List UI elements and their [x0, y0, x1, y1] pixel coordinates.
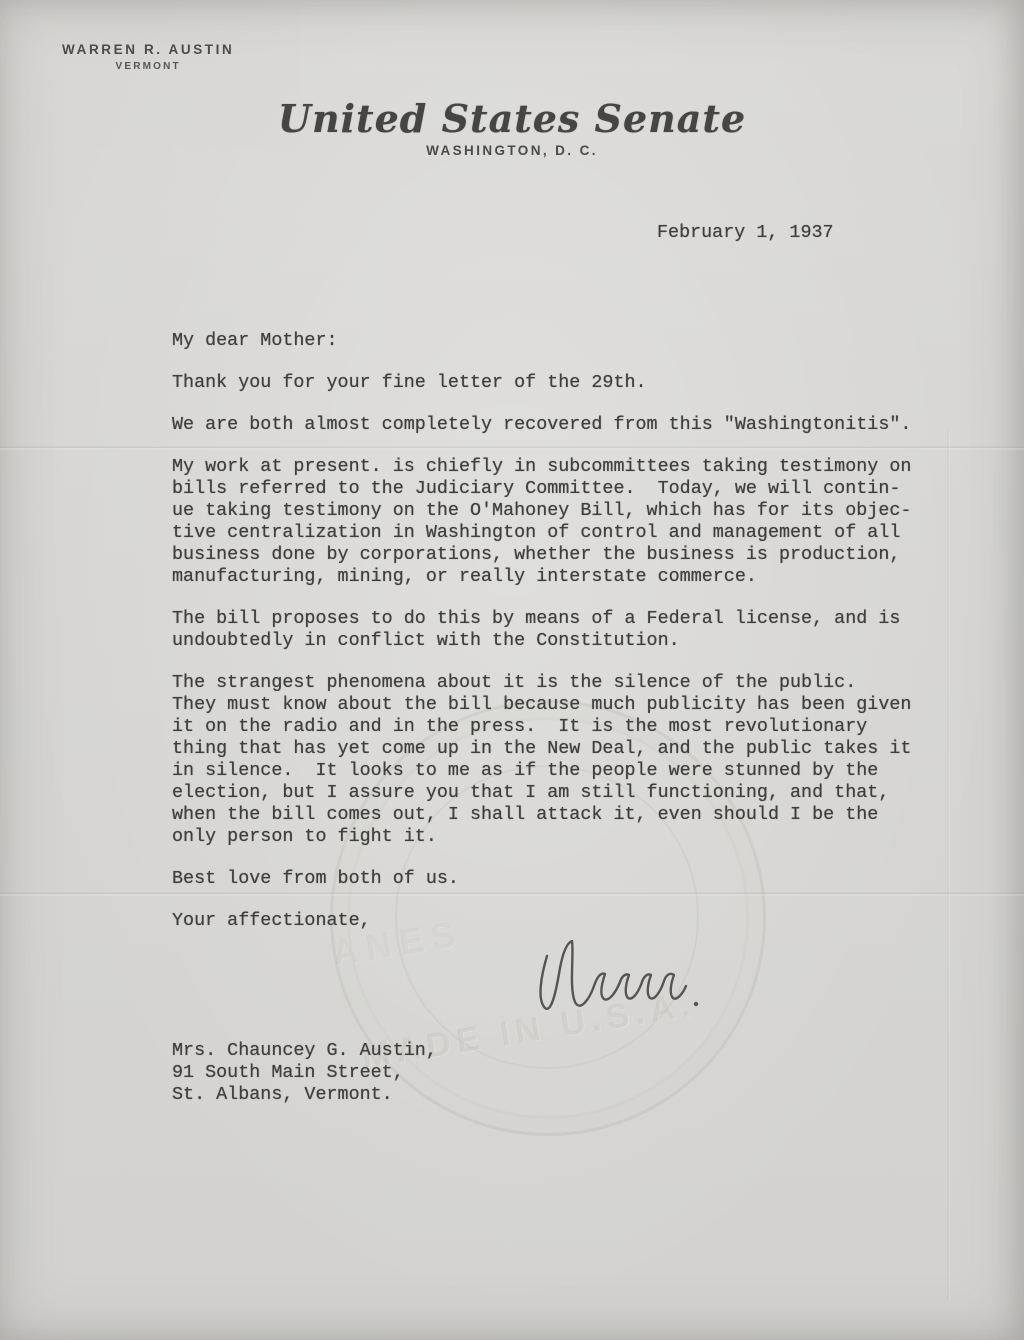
paragraph: My work at present. is chiefly in subcom…: [172, 456, 928, 588]
letter-date: February 1, 1937: [657, 222, 834, 244]
paragraph: The bill proposes to do this by means of…: [172, 608, 928, 652]
letterhead-location: WASHINGTON, D. C.: [0, 143, 1024, 158]
salutation: My dear Mother:: [172, 330, 928, 352]
recipient-address: Mrs. Chauncey G. Austin, 91 South Main S…: [172, 1040, 437, 1106]
paragraph: The strangest phenomena about it is the …: [172, 672, 928, 848]
crease-vertical: [947, 430, 950, 1300]
paragraph: Best love from both of us.: [172, 868, 928, 890]
sender-name: WARREN R. AUSTIN: [62, 42, 234, 57]
signature-period: [694, 1002, 698, 1006]
signature-stroke: [541, 941, 686, 1009]
paragraph: We are both almost completely recovered …: [172, 414, 928, 436]
letter-page: ANES MADE IN U.S.A. WARREN R. AUSTIN VER…: [0, 0, 1024, 1340]
signature-handwriting: [533, 938, 703, 1034]
closing-line: Your affectionate,: [172, 910, 928, 932]
sender-block: WARREN R. AUSTIN VERMONT: [62, 42, 234, 72]
sender-state: VERMONT: [62, 61, 234, 72]
letterhead-title: United States Senate: [0, 96, 1024, 141]
paragraph: Thank you for your fine letter of the 29…: [172, 372, 928, 394]
letter-body: My dear Mother: Thank you for your fine …: [172, 330, 928, 952]
